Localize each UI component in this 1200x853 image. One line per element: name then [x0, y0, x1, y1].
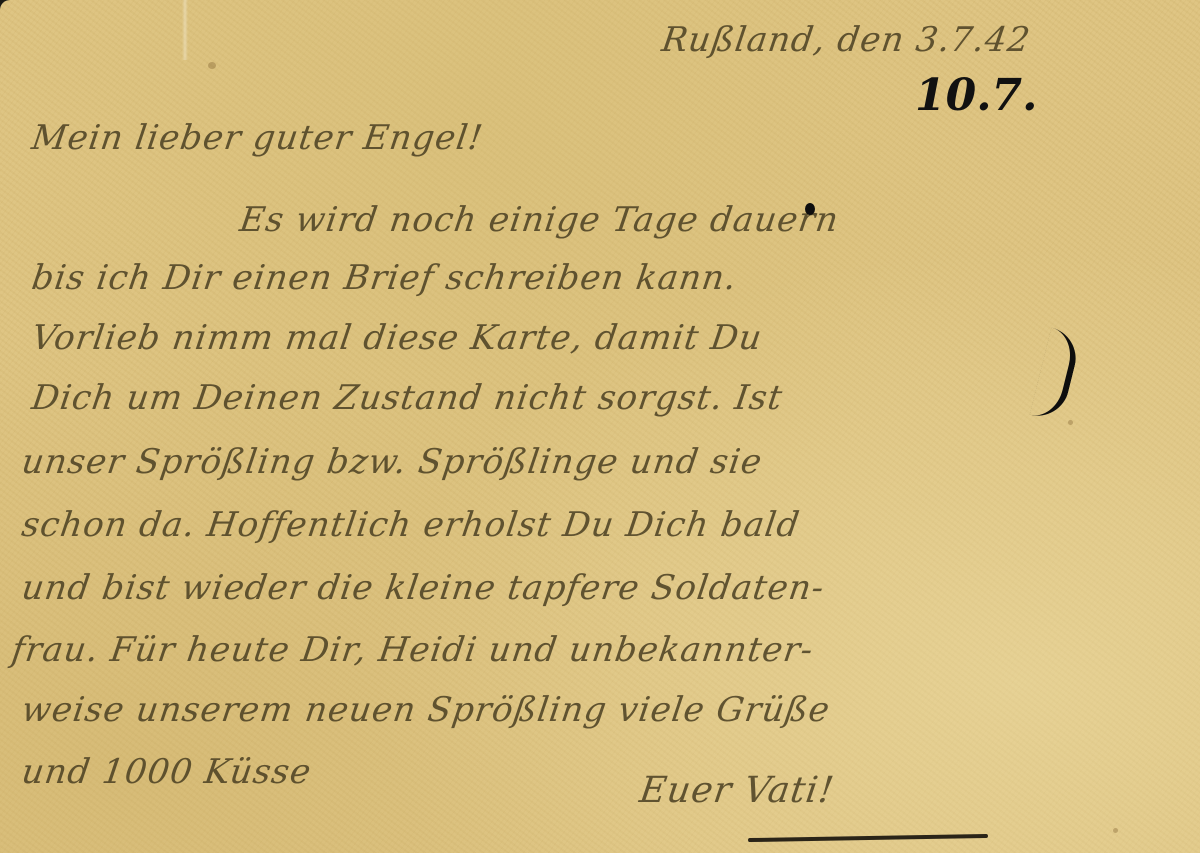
postcard: Rußland, den 3.7.42 10.7. Mein lieber gu… — [0, 0, 1200, 853]
body-line: Dich um Deinen Zustand nicht sorgst. Ist — [29, 378, 785, 418]
paper-stain — [208, 62, 216, 69]
body-line: bis ich Dir einen Brief schreiben kann. — [29, 258, 739, 298]
black-ink-bracket — [1030, 327, 1083, 422]
paper-stain — [1068, 420, 1073, 425]
body-line: und bist wieder die kleine tapfere Solda… — [19, 568, 827, 608]
body-line: unser Sprößling bzw. Sprößlinge und sie — [19, 442, 765, 482]
body-line: Vorlieb nimm mal diese Karte, damit Du — [29, 318, 765, 358]
greeting: Mein lieber guter Engel! — [29, 118, 486, 158]
paper-fold-mark — [182, 0, 188, 60]
body-line: schon da. Hoffentlich erholst Du Dich ba… — [19, 505, 802, 545]
signature: Euer Vati! — [637, 770, 837, 811]
paper-stain — [1113, 828, 1118, 833]
body-line: und 1000 Küsse — [19, 752, 314, 792]
signature-underline — [748, 834, 988, 842]
black-ink-dot — [805, 203, 815, 215]
body-line: Es wird noch einige Tage dauern — [237, 200, 841, 240]
body-line: weise unserem neuen Sprößling viele Grüß… — [19, 690, 832, 730]
received-date-annotation: 10.7. — [915, 70, 1037, 121]
place-date-heading: Rußland, den 3.7.42 — [659, 20, 1033, 60]
body-line: frau. Für heute Dir, Heidi und unbekannt… — [9, 630, 816, 670]
